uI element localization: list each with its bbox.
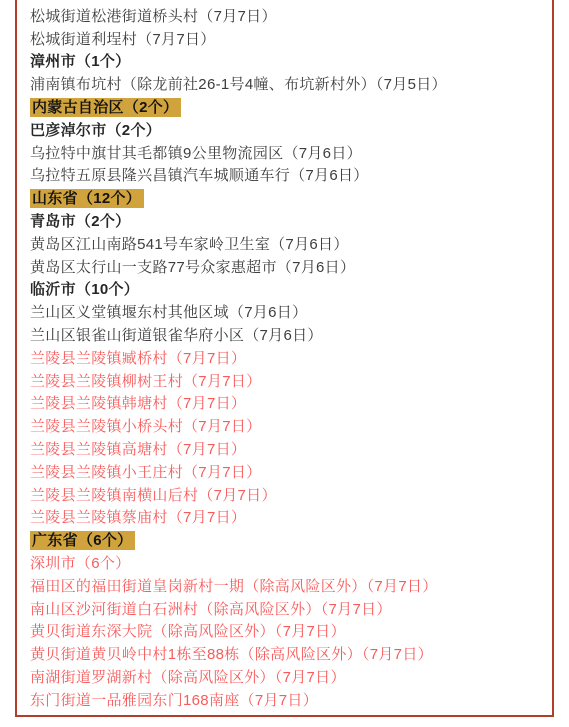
area-item: 兰陵县兰陵镇蔡庙村（7月7日）: [30, 507, 549, 530]
city-header: 临沂市（10个）: [30, 279, 549, 302]
area-item: 松城街道利埕村（7月7日）: [30, 28, 549, 51]
area-item: 南山区沙河街道白石洲村（除高风险区外）（7月7日）: [30, 598, 549, 621]
area-text: 兰陵县兰陵镇小王庄村（7月7日）: [30, 465, 262, 480]
city-header: 青岛市（2个）: [30, 210, 549, 233]
area-item: 东门街道一品雅园东门168南座（7月7日）: [30, 689, 549, 712]
area-text: 内蒙古自治区（2个）: [30, 98, 181, 117]
area-text: 南湖街道罗湖新村（除高风险区外）（7月7日）: [30, 670, 346, 685]
area-item: 深圳市（6个）: [30, 552, 549, 575]
area-text: 松城街道利埕村（7月7日）: [30, 32, 216, 47]
area-text: 兰陵县兰陵镇高塘村（7月7日）: [30, 442, 246, 457]
area-item: 兰陵县兰陵镇柳树王村（7月7日）: [30, 370, 549, 393]
area-item: 浦南镇布坑村（除龙前社26-1号4幢、布坑新村外）（7月5日）: [30, 73, 549, 96]
area-text: 浦南镇布坑村（除龙前社26-1号4幢、布坑新村外）（7月5日）: [30, 77, 447, 92]
area-item: 黄贝街道东深大院（除高风险区外）（7月7日）: [30, 621, 549, 644]
area-item: 黄贝街道黄贝岭中村1栋至88栋（除高风险区外）（7月7日）: [30, 643, 549, 666]
area-text: 广东省（6个）: [30, 531, 135, 550]
area-text: 临沂市（10个）: [30, 282, 139, 297]
area-item: 黄岛区太行山一支路77号众家惠超市（7月6日）: [30, 256, 549, 279]
area-text: 东门街道一品雅园东门168南座（7月7日）: [30, 693, 318, 708]
area-text: 兰山区义堂镇堰东村其他区域（7月6日）: [30, 305, 307, 320]
area-text: 兰陵县兰陵镇蔡庙村（7月7日）: [30, 510, 246, 525]
area-item: 兰陵县兰陵镇韩塘村（7月7日）: [30, 393, 549, 416]
area-text: 福田区的福田街道皇岗新村一期（除高风险区外）（7月7日）: [30, 579, 438, 594]
area-text: 乌拉特五原县隆兴昌镇汽车城顺通车行（7月6日）: [30, 168, 369, 183]
area-text: 南山区沙河街道白石洲村（除高风险区外）（7月7日）: [30, 602, 392, 617]
area-text: 巴彦淖尔市（2个）: [30, 123, 161, 138]
province-header: 广东省（6个）: [30, 529, 549, 552]
area-item: 兰陵县兰陵镇小王庄村（7月7日）: [30, 461, 549, 484]
area-item: 松城街道松港街道桥头村（7月7日）: [30, 5, 549, 28]
area-text: 兰陵县兰陵镇南横山后村（7月7日）: [30, 488, 277, 503]
area-text: 黄贝街道黄贝岭中村1栋至88栋（除高风险区外）（7月7日）: [30, 647, 433, 662]
area-text: 漳州市（1个）: [30, 54, 130, 69]
area-text: 青岛市（2个）: [30, 214, 130, 229]
area-text: 兰陵县兰陵镇柳树王村（7月7日）: [30, 374, 262, 389]
area-text: 黄贝街道东深大院（除高风险区外）（7月7日）: [30, 624, 346, 639]
area-text: 兰陵县兰陵镇小桥头村（7月7日）: [30, 419, 262, 434]
area-text: 黄岛区江山南路541号车家岭卫生室（7月6日）: [30, 237, 349, 252]
city-header: 漳州市（1个）: [30, 51, 549, 74]
risk-area-list: 松城街道松港街道桥头村（7月7日）松城街道利埕村（7月7日）漳州市（1个）浦南镇…: [30, 5, 549, 712]
area-item: 兰陵县兰陵镇臧桥村（7月7日）: [30, 347, 549, 370]
area-item: 南湖街道罗湖新村（除高风险区外）（7月7日）: [30, 666, 549, 689]
area-item: 兰陵县兰陵镇高塘村（7月7日）: [30, 438, 549, 461]
area-text: 黄岛区太行山一支路77号众家惠超市（7月6日）: [30, 260, 355, 275]
area-text: 兰陵县兰陵镇韩塘村（7月7日）: [30, 396, 246, 411]
city-header: 巴彦淖尔市（2个）: [30, 119, 549, 142]
area-item: 兰陵县兰陵镇小桥头村（7月7日）: [30, 415, 549, 438]
area-item: 兰山区银雀山街道银雀华府小区（7月6日）: [30, 324, 549, 347]
area-text: 松城街道松港街道桥头村（7月7日）: [30, 9, 277, 24]
area-text: 兰山区银雀山街道银雀华府小区（7月6日）: [30, 328, 323, 343]
area-item: 乌拉特五原县隆兴昌镇汽车城顺通车行（7月6日）: [30, 165, 549, 188]
area-item: 福田区的福田街道皇岗新村一期（除高风险区外）（7月7日）: [30, 575, 549, 598]
area-item: 黄岛区江山南路541号车家岭卫生室（7月6日）: [30, 233, 549, 256]
area-item: 兰山区义堂镇堰东村其他区域（7月6日）: [30, 301, 549, 324]
area-text: 深圳市（6个）: [30, 556, 130, 571]
area-item: 乌拉特中旗甘其毛都镇9公里物流园区（7月6日）: [30, 142, 549, 165]
province-header: 山东省（12个）: [30, 187, 549, 210]
province-header: 内蒙古自治区（2个）: [30, 96, 549, 119]
area-item: 兰陵县兰陵镇南横山后村（7月7日）: [30, 484, 549, 507]
area-text: 山东省（12个）: [30, 189, 144, 208]
area-text: 乌拉特中旗甘其毛都镇9公里物流园区（7月6日）: [30, 146, 362, 161]
area-text: 兰陵县兰陵镇臧桥村（7月7日）: [30, 351, 246, 366]
